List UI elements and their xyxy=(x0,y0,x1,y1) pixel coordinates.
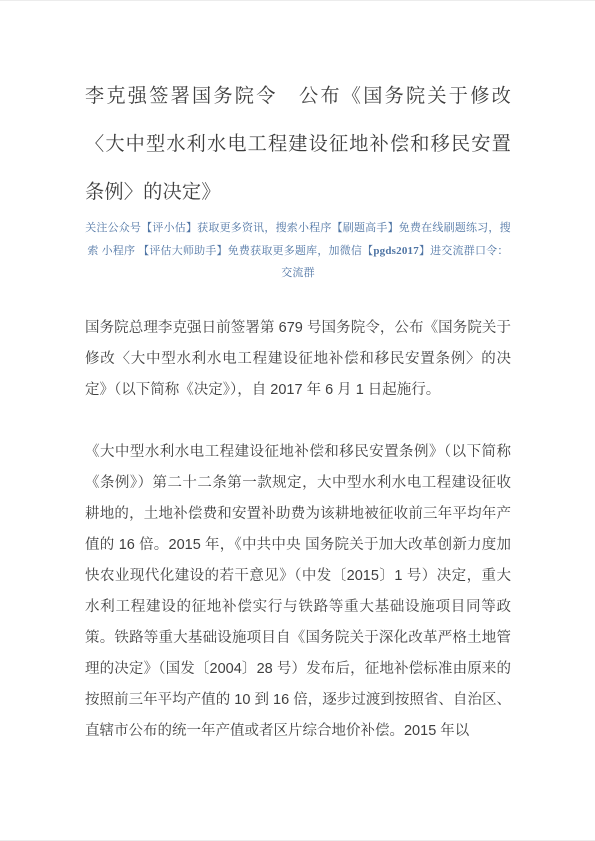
paragraph-decree-announcement: 国务院总理李克强日前签署第 679 号国务院令，公布《国务院关于修改〈大中型水利… xyxy=(85,313,511,406)
promo-banner: 关注公众号【评小估】获取更多资讯，搜索小程序【刷题高手】免费在线刷题练习，搜索 … xyxy=(85,217,511,285)
document-title: 李克强签署国务院令 公布《国务院关于修改〈大中型水利水电工程建设征地补偿和移民安… xyxy=(85,73,511,217)
promo-wechat-id: pgds2017 xyxy=(373,245,419,257)
paragraph-regulation-details: 《大中型水利水电工程建设征地补偿和移民安置条例》（以下简称《条例》）第二十二条第… xyxy=(85,437,511,747)
document-page: 李克强签署国务院令 公布《国务院关于修改〈大中型水利水电工程建设征地补偿和移民安… xyxy=(0,0,595,841)
